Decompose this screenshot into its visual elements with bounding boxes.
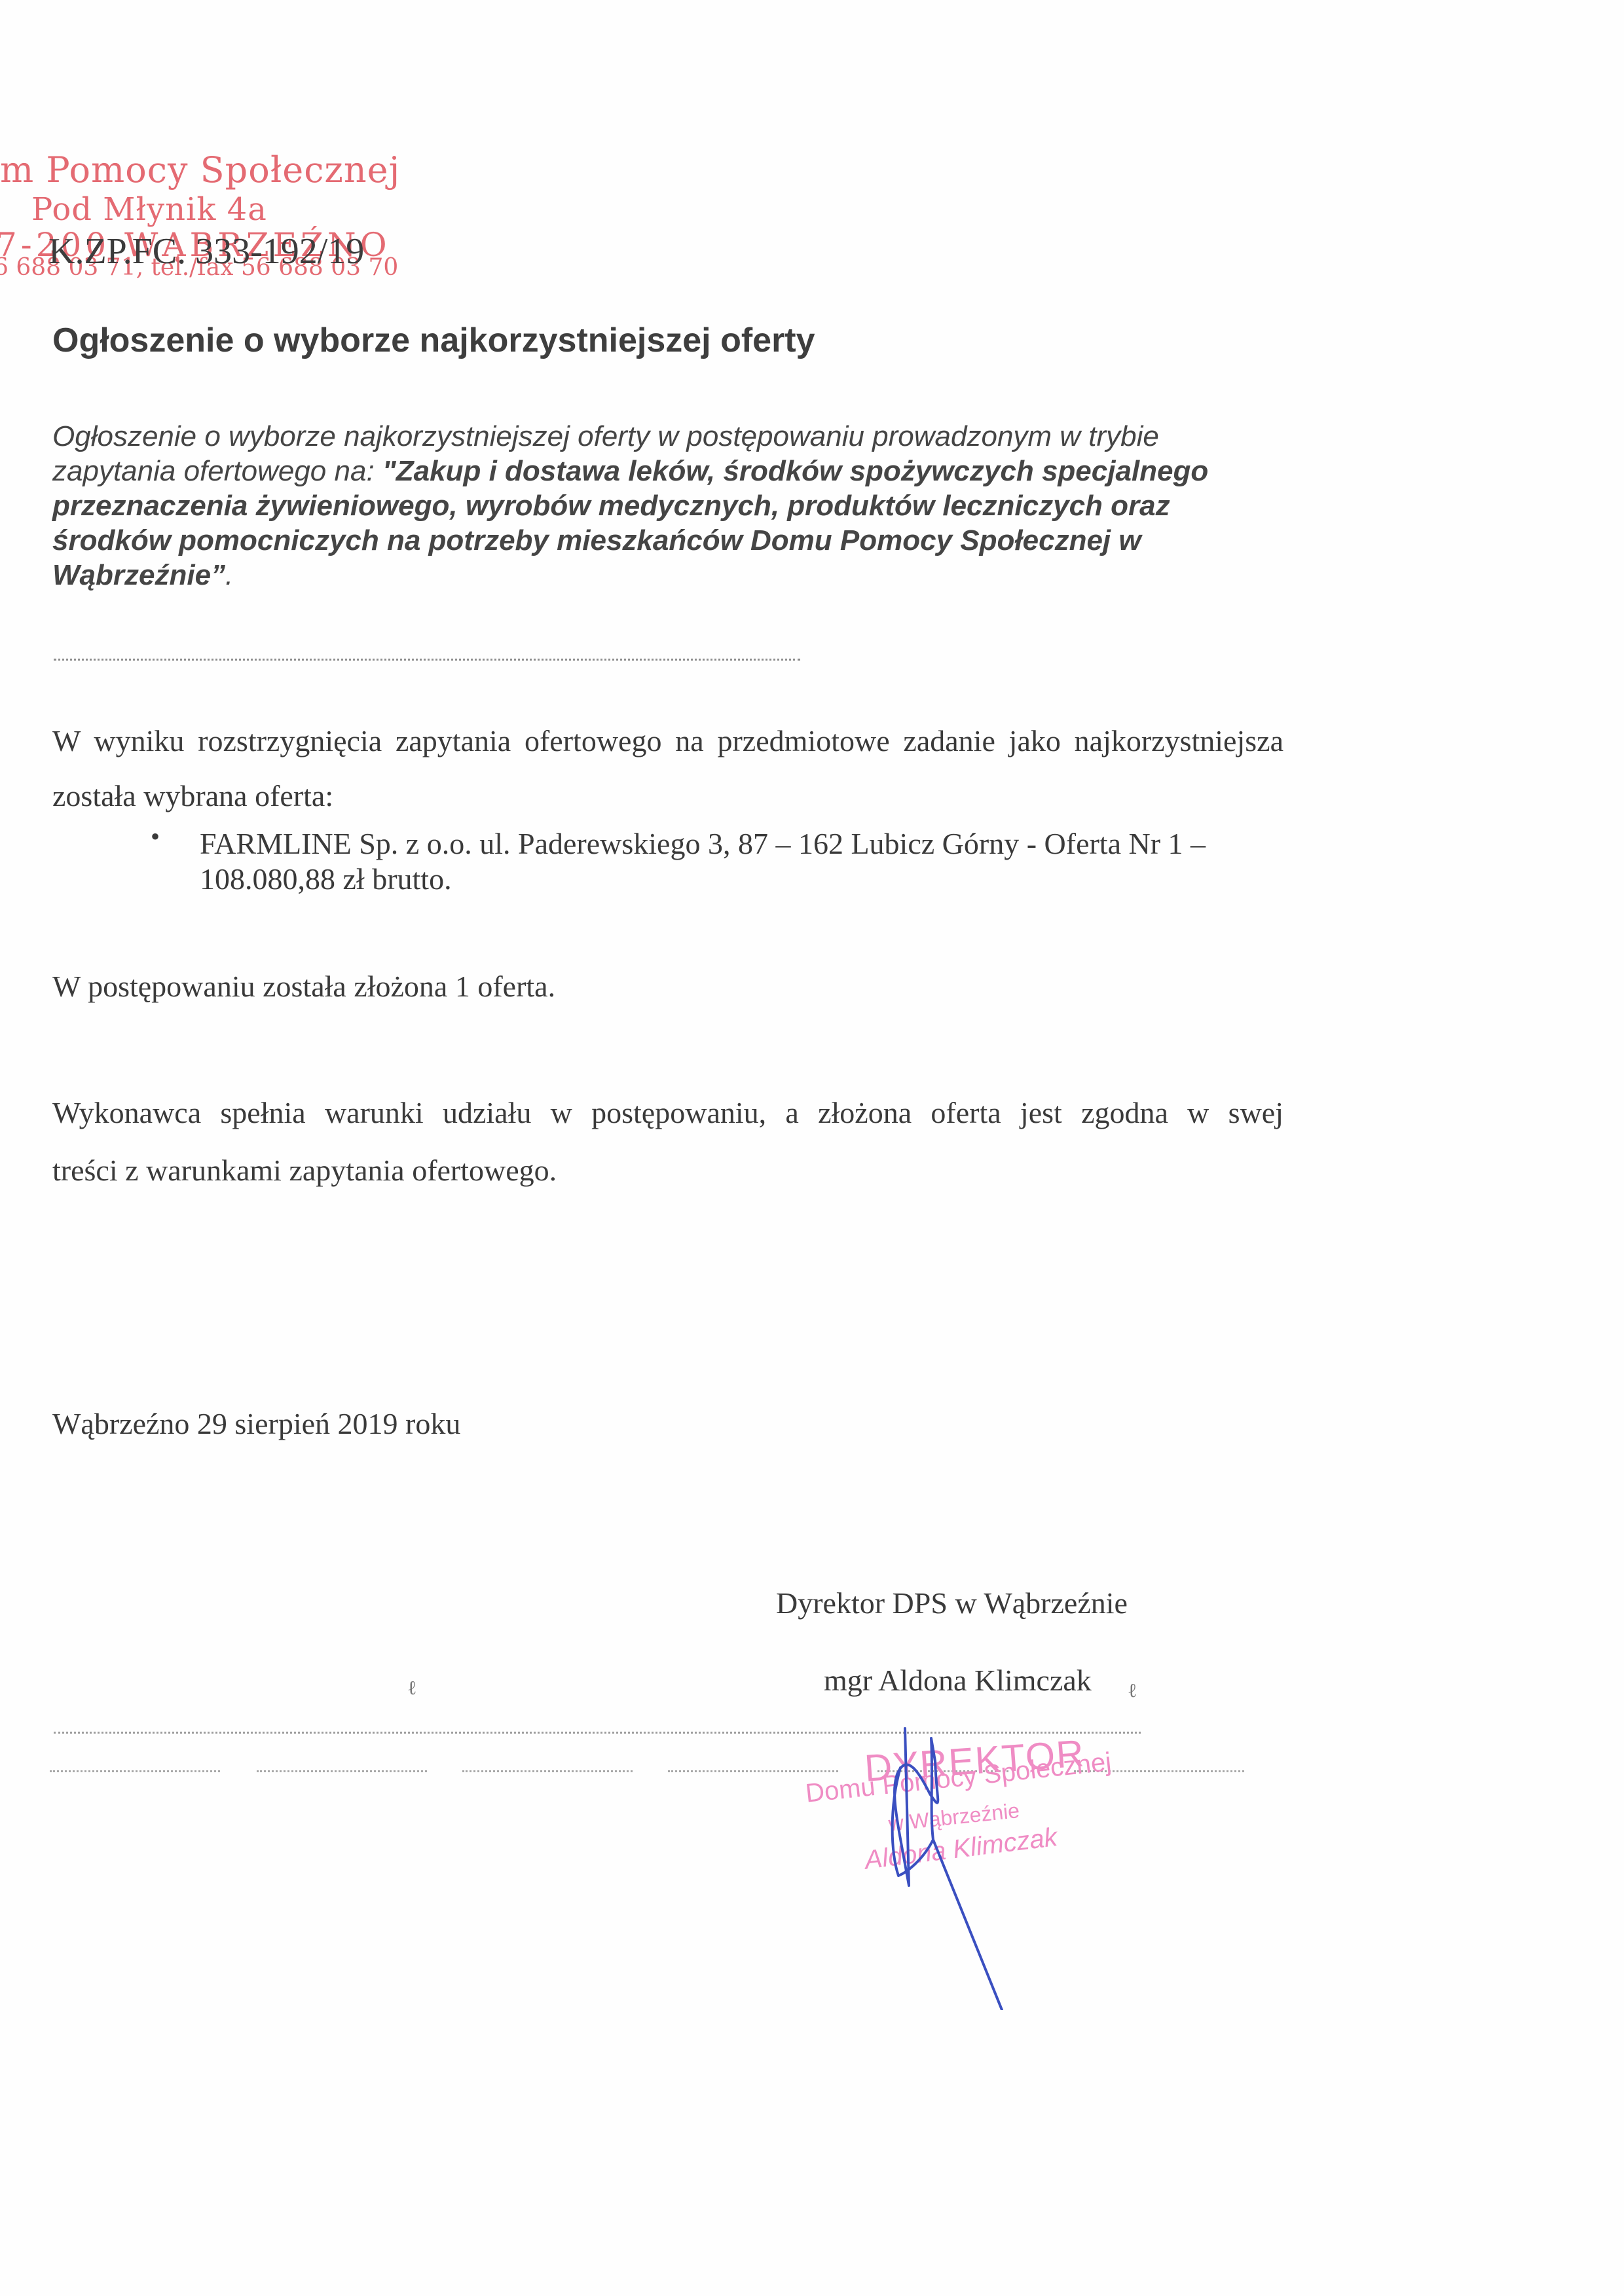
compliance-line2: treści z warunkami zapytania ofertowego.	[52, 1154, 557, 1187]
dotted-line-segment	[668, 1770, 838, 1772]
result-paragraph: W wyniku rozstrzygnięcia zapytania ofert…	[52, 714, 1283, 824]
tick-mark-icon: ℓ	[407, 1677, 416, 1700]
signatory-name: mgr Aldona Klimczak	[824, 1663, 1092, 1698]
selected-offer-item: FARMLINE Sp. z o.o. ul. Paderewskiego 3,…	[200, 826, 1221, 897]
offers-count-text: W postępowaniu została złożona 1 oferta.	[52, 969, 555, 1004]
compliance-line1: Wykonawca spełnia warunki udziału w post…	[52, 1084, 1283, 1142]
reference-number: K.ZP.FC. 333-192/19	[48, 230, 364, 272]
divider-line	[54, 659, 800, 661]
handwritten-signature-icon	[871, 1722, 1022, 2010]
header-stamp-line1: m Pomocy Społecznej	[0, 149, 400, 191]
dotted-line-segment	[257, 1770, 427, 1772]
document-page: m Pomocy Społecznej Pod Młynik 4a 7-200 …	[0, 0, 1624, 2296]
compliance-paragraph: Wykonawca spełnia warunki udziału w post…	[52, 1084, 1283, 1199]
bullet-icon: •	[151, 821, 160, 852]
document-title: Ogłoszenie o wyborze najkorzystniejszej …	[52, 321, 815, 360]
header-stamp-line2: Pod Młynik 4a	[31, 191, 267, 228]
tick-mark-icon: ℓ	[1128, 1680, 1137, 1702]
intro-paragraph: Ogłoszenie o wyborze najkorzystniejszej …	[52, 419, 1283, 592]
signatory-title: Dyrektor DPS w Wąbrzeźnie	[776, 1586, 1128, 1620]
place-date: Wąbrzeźno 29 sierpień 2019 roku	[52, 1406, 460, 1441]
dotted-line-segment	[462, 1770, 633, 1772]
intro-end: .	[225, 559, 233, 591]
dotted-line-segment	[50, 1770, 220, 1772]
